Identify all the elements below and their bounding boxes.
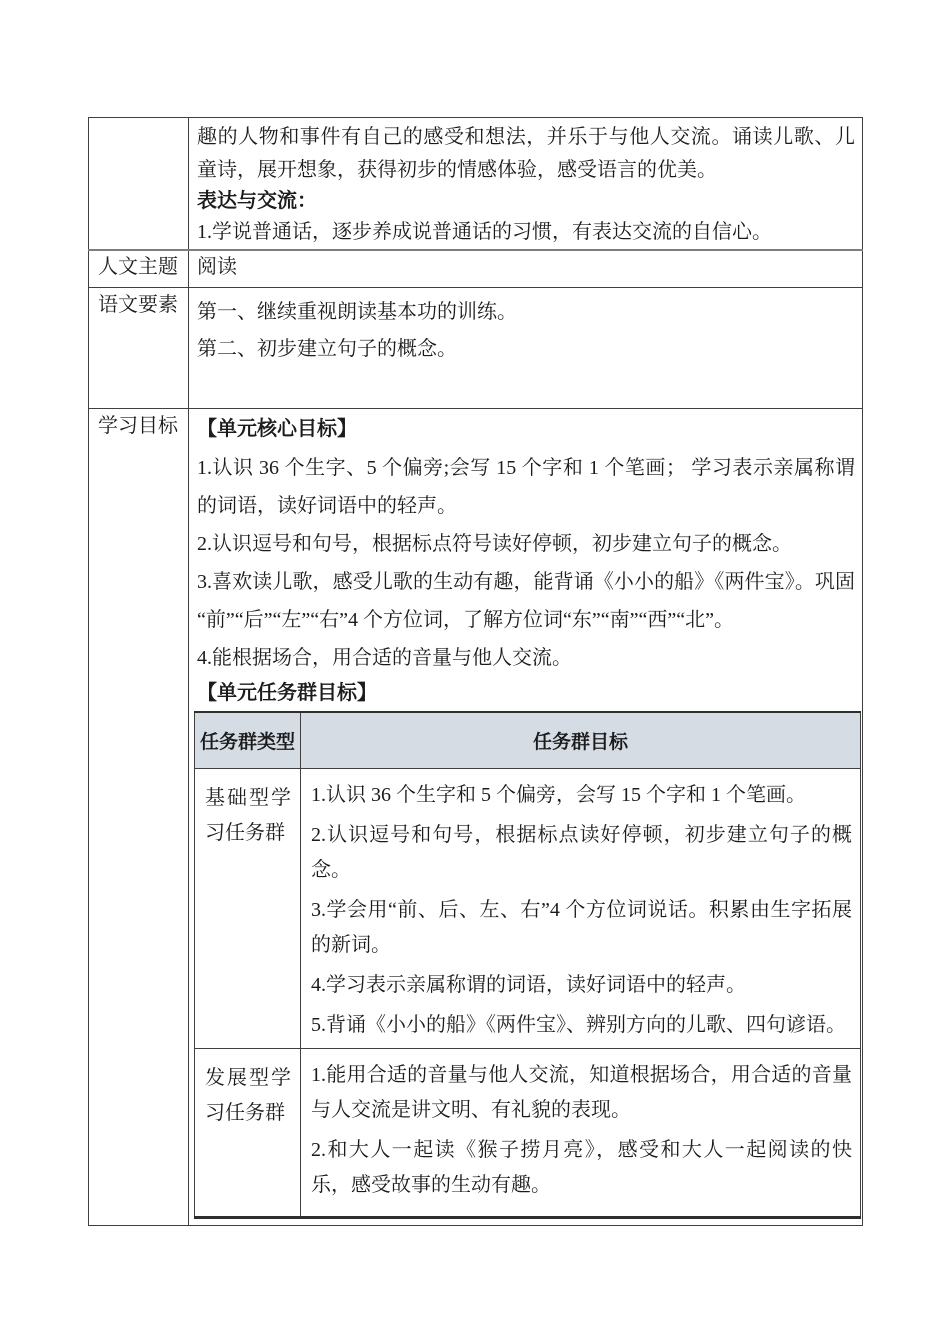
elements-item-1: 第一、继续重视朗读基本功的训练。 bbox=[197, 294, 855, 331]
task-table-row-basic: 基础型学习任务群 1.认识 36 个生字和 5 个偏旁，会写 15 个字和 1 … bbox=[195, 769, 861, 1049]
continuation-item: 1.学说普通话，逐步养成说普通话的习惯，有表达交流的自信心。 bbox=[197, 216, 855, 249]
task-goals-developmental-cell: 1.能用合适的音量与他人交流，知道根据场合，用合适的音量与人交流是讲文明、有礼貌… bbox=[301, 1049, 861, 1218]
task-goals-basic-cell: 1.认识 36 个生字和 5 个偏旁，会写 15 个字和 1 个笔画。 2.认识… bbox=[301, 769, 861, 1049]
elements-cell: 第一、继续重视朗读基本功的训练。 第二、初步建立句子的概念。 bbox=[189, 288, 863, 409]
table-row-continuation: 趣的人物和事件有自己的感受和想法，并乐于与他人交流。诵读儿歌、儿童诗，展开想象，… bbox=[89, 118, 863, 251]
table-row-elements: 语文要素 第一、继续重视朗读基本功的训练。 第二、初步建立句子的概念。 bbox=[89, 288, 863, 409]
basic-goal-1: 1.认识 36 个生字和 5 个偏旁，会写 15 个字和 1 个笔画。 bbox=[301, 778, 860, 813]
dev-goal-2: 2.和大人一起读《猴子捞月亮》，感受和大人一起阅读的快乐，感受故事的生动有趣。 bbox=[301, 1133, 860, 1203]
basic-goal-4: 4.学习表示亲属称谓的词语，读好词语中的轻声。 bbox=[301, 968, 860, 1003]
task-group-heading: 【单元任务群目标】 bbox=[189, 678, 862, 709]
table-row-learning-goals: 学习目标 【单元核心目标】 1.认识 36 个生字、5 个偏旁;会写 15 个字… bbox=[89, 409, 863, 1226]
continuation-cell: 趣的人物和事件有自己的感受和想法，并乐于与他人交流。诵读儿歌、儿童诗，展开想象，… bbox=[189, 118, 863, 251]
task-goal-column-header: 任务群目标 bbox=[301, 712, 861, 769]
core-goal-item-4: 4.能根据场合，用合适的音量与他人交流。 bbox=[189, 639, 862, 677]
expression-communication-heading: 表达与交流： bbox=[197, 187, 855, 216]
row-label-learning-goals: 学习目标 bbox=[89, 409, 189, 1226]
task-group-table: 任务群类型 任务群目标 基础型学习任务群 1.认识 36 个生字和 5 个偏旁，… bbox=[194, 711, 861, 1219]
task-type-developmental: 发展型学习任务群 bbox=[195, 1049, 301, 1218]
task-type-column-header: 任务群类型 bbox=[195, 712, 301, 769]
row-label-elements: 语文要素 bbox=[89, 288, 189, 409]
document-page: 趣的人物和事件有自己的感受和想法，并乐于与他人交流。诵读儿歌、儿童诗，展开想象，… bbox=[0, 0, 950, 1344]
task-table-row-developmental: 发展型学习任务群 1.能用合适的音量与他人交流，知道根据场合，用合适的音量与人交… bbox=[195, 1049, 861, 1218]
dev-goal-1: 1.能用合适的音量与他人交流，知道根据场合，用合适的音量与人交流是讲文明、有礼貌… bbox=[301, 1058, 860, 1128]
row-label-theme: 人文主题 bbox=[89, 250, 189, 288]
row-label-empty bbox=[89, 118, 189, 251]
theme-value: 阅读 bbox=[189, 250, 863, 288]
core-goals-heading: 【单元核心目标】 bbox=[189, 414, 862, 445]
table-row-theme: 人文主题 阅读 bbox=[89, 250, 863, 288]
unit-plan-table: 趣的人物和事件有自己的感受和想法，并乐于与他人交流。诵读儿歌、儿童诗，展开想象，… bbox=[88, 117, 863, 1226]
elements-item-2: 第二、初步建立句子的概念。 bbox=[197, 331, 855, 368]
task-table-header-row: 任务群类型 任务群目标 bbox=[195, 712, 861, 769]
continuation-text: 趣的人物和事件有自己的感受和想法，并乐于与他人交流。诵读儿歌、儿童诗，展开想象，… bbox=[197, 121, 855, 187]
learning-goals-cell: 【单元核心目标】 1.认识 36 个生字、5 个偏旁;会写 15 个字和 1 个… bbox=[189, 409, 863, 1226]
core-goal-item-3: 3.喜欢读儿歌，感受儿歌的生动有趣，能背诵《小小的船》《两件宝》。巩固“前”“后… bbox=[189, 563, 862, 639]
core-goal-item-1: 1.认识 36 个生字、5 个偏旁;会写 15 个字和 1 个笔画； 学习表示亲… bbox=[189, 449, 862, 525]
core-goal-item-2: 2.认识逗号和句号，根据标点符号读好停顿，初步建立句子的概念。 bbox=[189, 525, 862, 563]
basic-goal-3: 3.学会用“前、后、左、右”4 个方位词说话。积累由生字拓展的新词。 bbox=[301, 893, 860, 963]
task-type-basic: 基础型学习任务群 bbox=[195, 769, 301, 1049]
basic-goal-5: 5.背诵《小小的船》《两件宝》、辨别方向的儿歌、四句谚语。 bbox=[301, 1008, 860, 1043]
basic-goal-2: 2.认识逗号和句号，根据标点读好停顿，初步建立句子的概念。 bbox=[301, 818, 860, 888]
